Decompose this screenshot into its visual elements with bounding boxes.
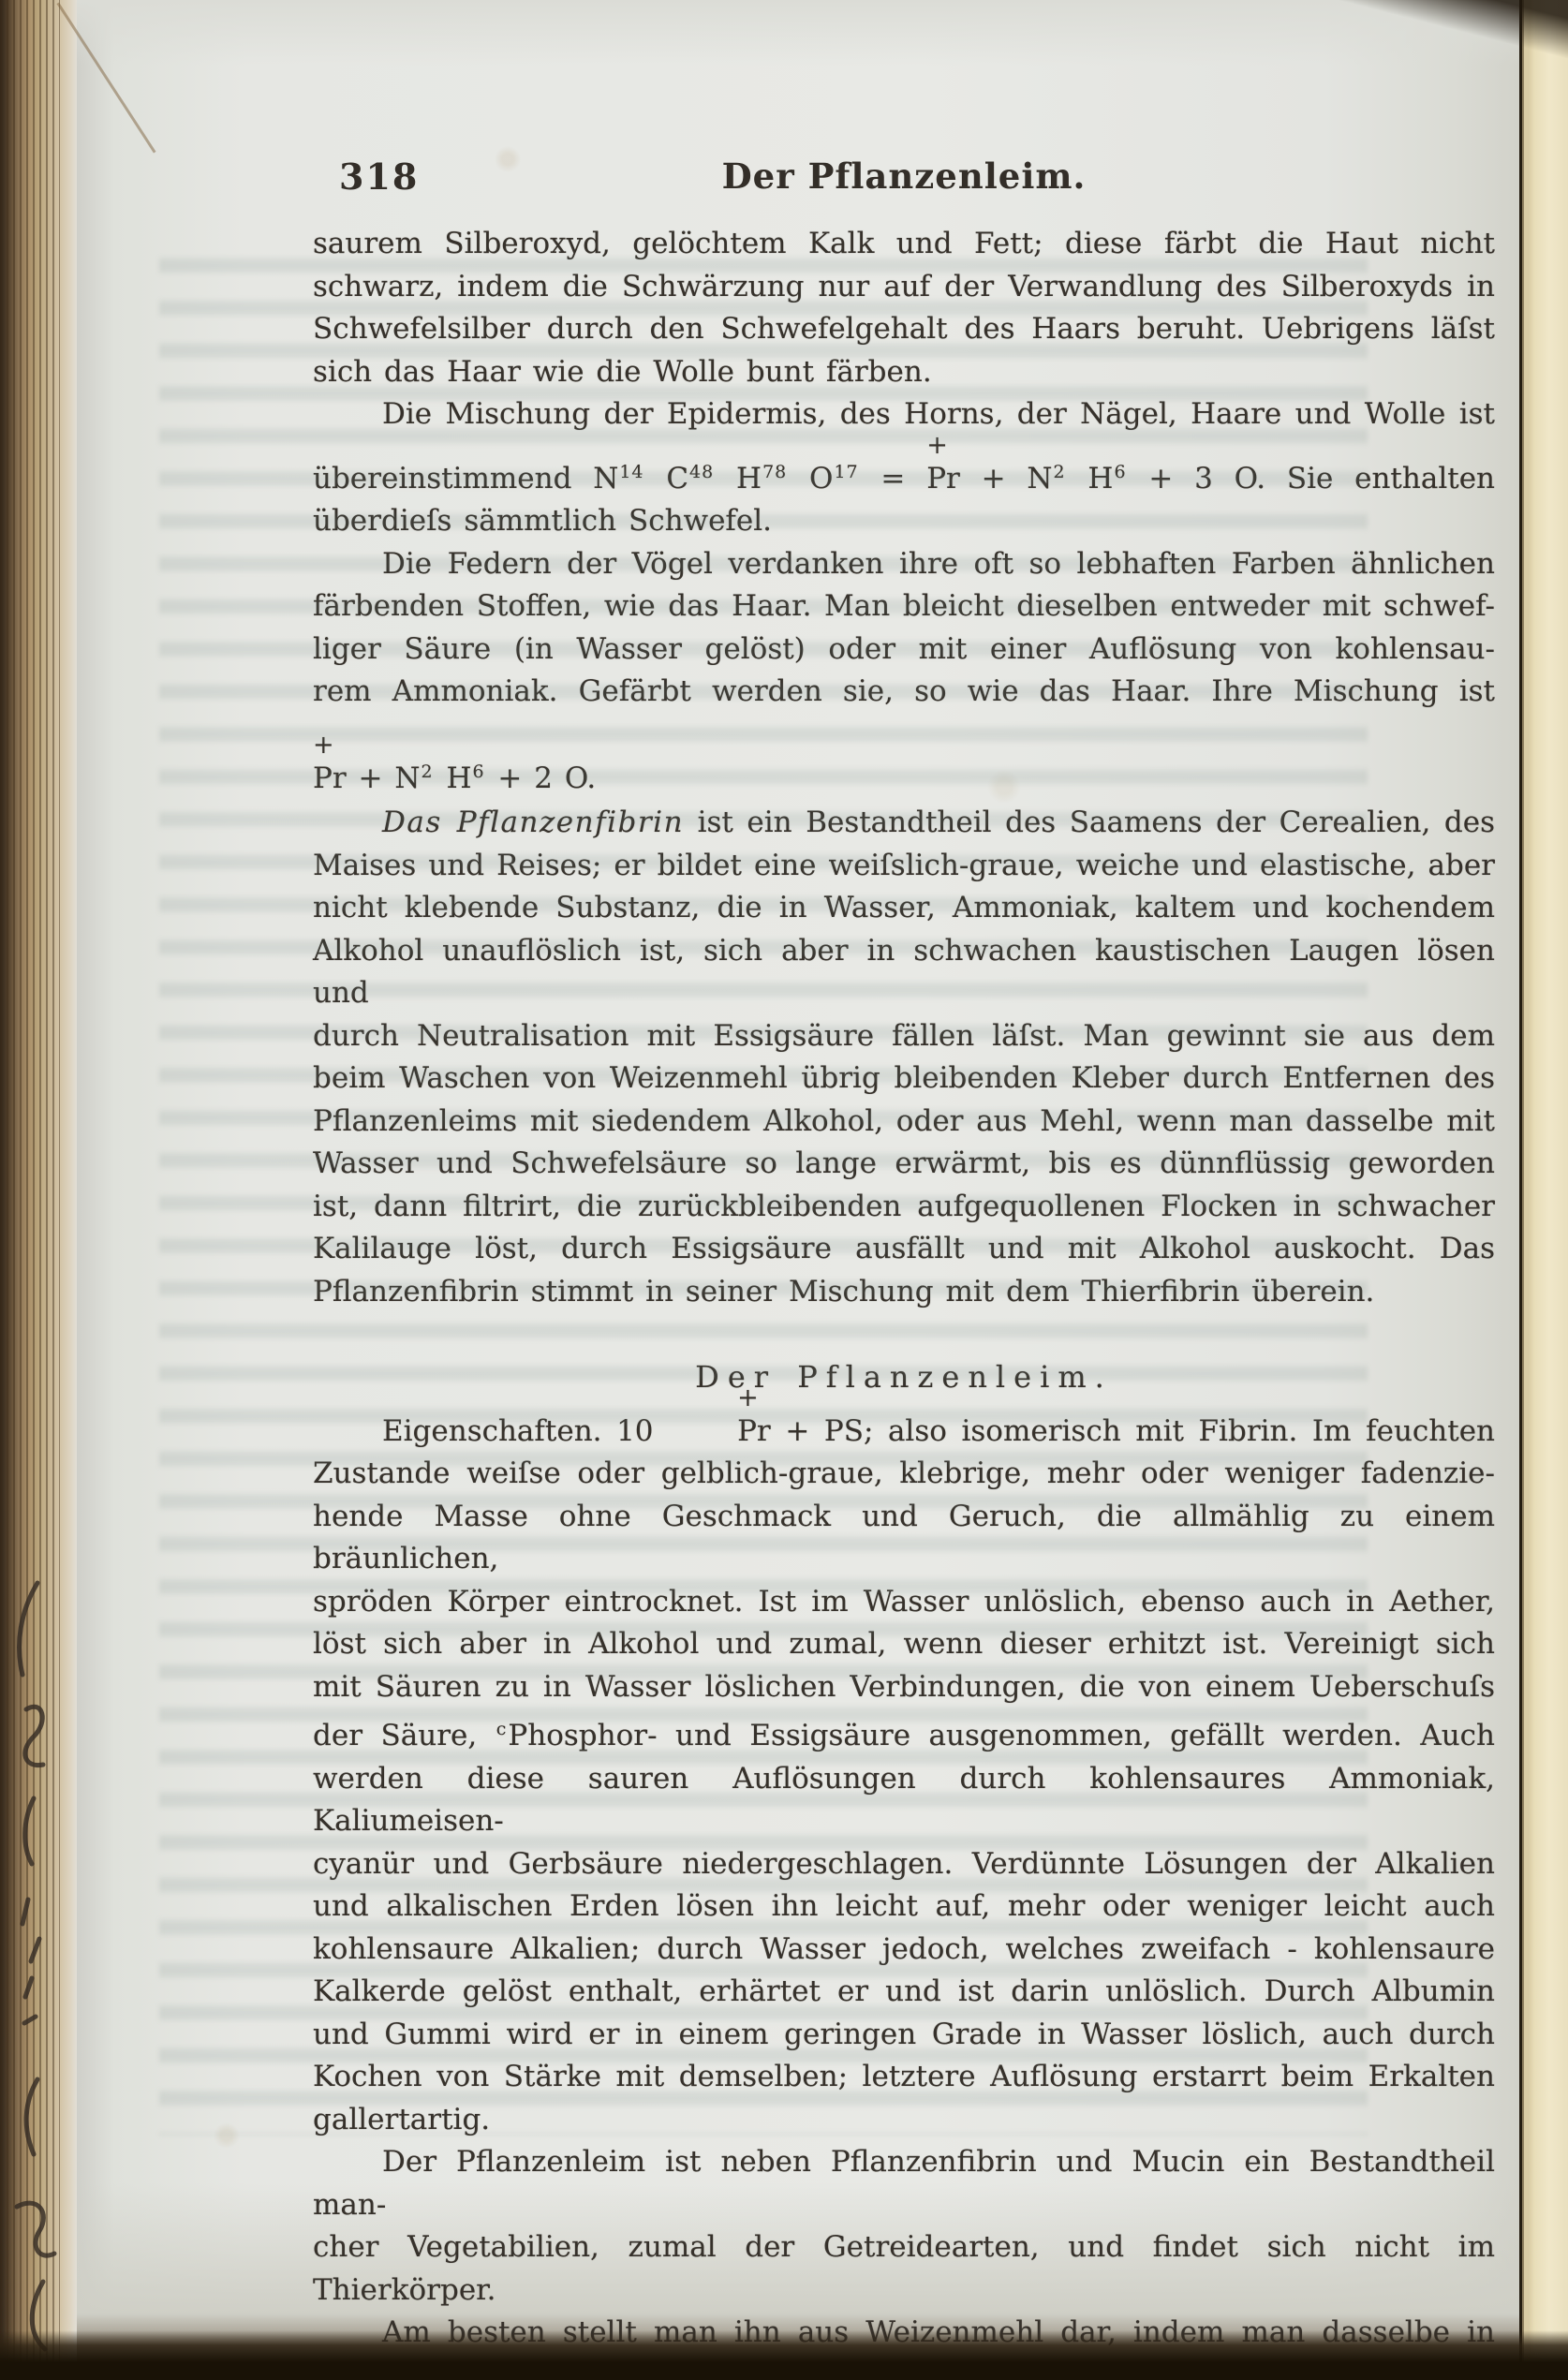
- text-segment: Der Pflanzenleim ist neben Pflanzenfibri…: [313, 2145, 1495, 2222]
- text-line: cher Vegetabilien, zumal der Getreideart…: [313, 2226, 1495, 2312]
- text-segment: durch Neutralisation mit Essigsäure fäll…: [313, 1019, 1495, 1053]
- text-line: nicht klebende Substanz, die in Wasser, …: [313, 887, 1495, 930]
- text-line: durch Neutralisation mit Essigsäure fäll…: [313, 1015, 1495, 1058]
- text-segment: cyanür und Gerbsäure niedergeschlagen. V…: [313, 1847, 1495, 1881]
- pr-symbol-text: Pr: [313, 761, 347, 795]
- book-page-scan: 318 Der Pflanzenleim. saurem Silberoxyd,…: [0, 0, 1568, 2380]
- text-segment: saurem Silberoxyd, gelöchtem Kalk und Fe…: [313, 227, 1495, 260]
- superscript: 14: [618, 462, 644, 482]
- text-line: liger Säure (in Wasser gelöst) oder mit …: [313, 628, 1495, 672]
- text-line: hende Masse ohne Geschmack und Geruch, d…: [313, 1496, 1495, 1581]
- text-segment: mit Säuren zu in Wasser löslichen Verbin…: [313, 1670, 1495, 1704]
- text-segment: kohlensaure Alkalien; durch Wasser jedoc…: [313, 1932, 1495, 1966]
- text-segment: + 2 O.: [486, 761, 597, 795]
- text-segment: schwarz, indem die Schwärzung nur auf de…: [313, 270, 1495, 303]
- text-segment: Alkohol unauflöslich ist, sich aber in s…: [313, 934, 1495, 1011]
- text-line: Kochen von Stärke mit demselben; letzter…: [313, 2056, 1495, 2099]
- text-segment: + N: [960, 462, 1053, 495]
- text-line: werden diese sauren Auflösungen durch ko…: [313, 1758, 1495, 1843]
- text-segment: H: [435, 761, 472, 795]
- text-segment: Maises und Reises; er bildet eine weiſsl…: [313, 849, 1495, 882]
- book-page: 318 Der Pflanzenleim. saurem Silberoxyd,…: [77, 0, 1519, 2380]
- text-segment: Kalkerde gelöst enthalt, erhärtet er und…: [313, 1974, 1495, 2008]
- text-line: Pflanzenfibrin stimmt in seiner Mischung…: [313, 1271, 1495, 1314]
- text-segment: werden diese sauren Auflösungen durch ko…: [313, 1762, 1495, 1839]
- text-line: löst sich aber in Alkohol und zumal, wen…: [313, 1623, 1495, 1666]
- ink-stroke: [17, 2203, 54, 2255]
- section-heading: Der Pflanzenleim.: [313, 1356, 1495, 1399]
- text-segment: H: [715, 462, 762, 495]
- marginalia-ink-marks: [0, 1536, 66, 2360]
- top-right-corner-shadow: [1311, 0, 1568, 66]
- text-line: kohlensaure Alkalien; durch Wasser jedoc…: [313, 1929, 1495, 1972]
- running-header: 318 Der Pflanzenleim.: [313, 155, 1495, 202]
- bottom-edge-shadow: [0, 2330, 1568, 2380]
- text-line: mit Säuren zu in Wasser löslichen Verbin…: [313, 1666, 1495, 1709]
- text-segment: Schwefelsilber durch den Schwefelgehalt …: [313, 312, 1495, 346]
- text-line: schwarz, indem die Schwärzung nur auf de…: [313, 266, 1495, 309]
- text-line: Der Pflanzenleim ist neben Pflanzenfibri…: [313, 2141, 1495, 2226]
- text-line: der Säure, cPhosphor- und Essigsäure aus…: [313, 1708, 1495, 1758]
- text-line: Maises und Reises; er bildet eine weiſsl…: [313, 845, 1495, 888]
- text-segment: O: [788, 462, 833, 495]
- italic-term: Das Pflanzenfibrin: [382, 806, 684, 839]
- ink-stroke: [22, 1900, 28, 1924]
- plus-above-icon: +: [926, 436, 948, 455]
- text-segment: ist, dann filtrirt, die zurückbleibenden…: [313, 1190, 1495, 1223]
- text-line: beim Waschen von Weizenmehl übrig bleibe…: [313, 1057, 1495, 1101]
- pr-symbol-text: Pr: [926, 462, 960, 495]
- text-block: saurem Silberoxyd, gelöchtem Kalk und Fe…: [313, 223, 1495, 2355]
- text-line: cyanür und Gerbsäure niedergeschlagen. V…: [313, 1843, 1495, 1886]
- ink-stroke: [31, 1939, 39, 1961]
- text-segment: Die Mischung der Epidermis, des Horns, d…: [382, 397, 1495, 431]
- text-line: Pflanzenleims mit siedendem Alkohol, ode…: [313, 1101, 1495, 1144]
- text-segment: überdieſs sämmtlich Schwefel.: [313, 504, 772, 538]
- text-line: und Gummi wird er in einem geringen Grad…: [313, 2014, 1495, 2057]
- text-segment: übereinstimmend N: [313, 462, 618, 495]
- text-line: färbenden Stoffen, wie das Haar. Man ble…: [313, 585, 1495, 628]
- text-segment: Pflanzenfibrin stimmt in seiner Mischung…: [313, 1275, 1374, 1308]
- text-line: und alkalischen Erden lösen ihn leicht a…: [313, 1885, 1495, 1929]
- text-segment: und Gummi wird er in einem geringen Grad…: [313, 2018, 1495, 2051]
- text-segment: C: [645, 462, 689, 495]
- text-segment: + N: [347, 761, 421, 795]
- text-line: ist, dann filtrirt, die zurückbleibenden…: [313, 1186, 1495, 1229]
- text-segment: Wasser und Schwefelsäure so lange erwärm…: [313, 1146, 1495, 1180]
- text-segment: spröden Körper eintrocknet. Ist im Wasse…: [313, 1585, 1495, 1619]
- text-line: überdieſs sämmtlich Schwefel.: [313, 500, 1495, 543]
- superscript: 78: [762, 462, 788, 482]
- text-segment: Kalilauge löst, durch Essigsäure ausfäll…: [313, 1232, 1495, 1265]
- text-segment: ist ein Bestandtheil des Saamens der Cer…: [684, 806, 1495, 839]
- text-segment: Eigenschaften. 10: [382, 1414, 668, 1448]
- text-line: Zustande weiſse oder gelblich-graue, kle…: [313, 1453, 1495, 1496]
- text-segment: + 3 O. Sie enthalten: [1128, 462, 1495, 495]
- text-segment: =: [860, 462, 927, 495]
- text-segment: färbenden Stoffen, wie das Haar. Man ble…: [313, 589, 1495, 623]
- ink-stroke: [25, 1798, 34, 1864]
- superscript: 2: [1053, 462, 1067, 482]
- text-line: Schwefelsilber durch den Schwefelgehalt …: [313, 308, 1495, 351]
- text-segment: + PS; also isomerisch mit Fibrin. Im feu…: [771, 1414, 1495, 1448]
- ink-stroke: [20, 1583, 37, 1675]
- text-segment: Pflanzenleims mit siedendem Alkohol, ode…: [313, 1104, 1495, 1138]
- ink-stroke: [26, 2079, 37, 2154]
- pr-symbol-text: Pr: [737, 1414, 771, 1448]
- text-line: gallertartig.: [313, 2099, 1495, 2142]
- text-segment: Phosphor- und Essigsäure ausgenommen, ge…: [508, 1719, 1495, 1752]
- plus-above-icon: +: [313, 736, 334, 755]
- text-segment: cher Vegetabilien, zumal der Getreideart…: [313, 2230, 1495, 2307]
- text-line: Die Mischung der Epidermis, des Horns, d…: [313, 393, 1495, 436]
- text-line: saurem Silberoxyd, gelöchtem Kalk und Fe…: [313, 223, 1495, 266]
- ink-stroke: [25, 1978, 32, 1997]
- superscript: 2: [421, 761, 435, 782]
- text-line: Die Federn der Vögel verdanken ihre oft …: [313, 543, 1495, 586]
- text-line: Das Pflanzenfibrin ist ein Bestandtheil …: [313, 802, 1495, 845]
- text-segment: sich das Haar wie die Wolle bunt färben.: [313, 355, 932, 389]
- pr-radical-symbol: +Pr: [668, 1411, 771, 1454]
- text-segment: liger Säure (in Wasser gelöst) oder mit …: [313, 632, 1495, 666]
- text-segment: H: [1067, 462, 1114, 495]
- text-line: Kalilauge löst, durch Essigsäure ausfäll…: [313, 1228, 1495, 1271]
- text-segment: Die Federn der Vögel verdanken ihre oft …: [382, 547, 1495, 581]
- pr-radical-symbol: +Pr: [313, 758, 347, 801]
- ink-stroke: [24, 2017, 36, 2023]
- formula-line: +Pr + N2 H6 + 2 O.: [313, 751, 1495, 801]
- superscript: 48: [688, 462, 715, 482]
- text-line: Wasser und Schwefelsäure so lange erwärm…: [313, 1143, 1495, 1186]
- formula-line: übereinstimmend N14 C48 H78 O17 = +Pr + …: [313, 451, 1495, 501]
- text-line: Kalkerde gelöst enthalt, erhärtet er und…: [313, 1971, 1495, 2014]
- superscript: 17: [833, 462, 859, 482]
- text-segment: der Säure,: [313, 1719, 496, 1752]
- text-segment: gallertartig.: [313, 2103, 490, 2136]
- text-line: Eigenschaften. 10 +Pr + PS; also isomeri…: [313, 1411, 1495, 1454]
- text-segment: und alkalischen Erden lösen ihn leicht a…: [313, 1889, 1495, 1923]
- text-segment: beim Waschen von Weizenmehl übrig bleibe…: [313, 1061, 1495, 1095]
- text-segment: rem Ammoniak. Gefärbt werden sie, so wie…: [313, 674, 1495, 708]
- text-line: rem Ammoniak. Gefärbt werden sie, so wie…: [313, 671, 1495, 714]
- pr-radical-symbol: +Pr: [926, 458, 960, 501]
- superscript: 6: [471, 761, 485, 782]
- text-segment: Zustande weiſse oder gelblich-graue, kle…: [313, 1456, 1495, 1490]
- superscript: c: [496, 1719, 509, 1739]
- superscript: 6: [1113, 462, 1127, 482]
- text-line: Alkohol unauflöslich ist, sich aber in s…: [313, 930, 1495, 1015]
- plus-above-icon: +: [668, 1389, 759, 1408]
- ink-stroke: [25, 1707, 43, 1765]
- text-line: sich das Haar wie die Wolle bunt färben.: [313, 351, 1495, 394]
- text-segment: hende Masse ohne Geschmack und Geruch, d…: [313, 1500, 1495, 1576]
- text-line: spröden Körper eintrocknet. Ist im Wasse…: [313, 1581, 1495, 1624]
- running-title: Der Pflanzenleim.: [313, 155, 1495, 197]
- text-segment: nicht klebende Substanz, die in Wasser, …: [313, 891, 1495, 924]
- text-segment: Kochen von Stärke mit demselben; letzter…: [313, 2060, 1495, 2093]
- text-segment: löst sich aber in Alkohol und zumal, wen…: [313, 1627, 1495, 1661]
- next-page-edge: [1519, 0, 1568, 2380]
